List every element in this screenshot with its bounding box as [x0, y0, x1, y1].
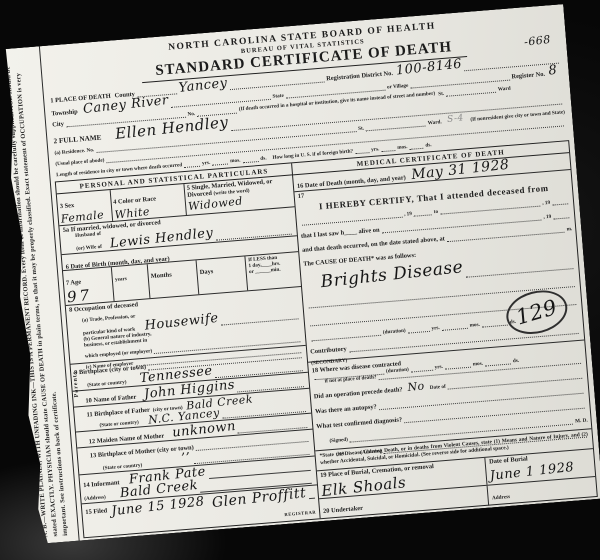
- stamp-number: 129: [514, 296, 560, 328]
- age-months-cell: Months: [148, 260, 200, 298]
- undertaker-address-label: Address: [492, 494, 511, 501]
- dotted-line: [553, 209, 570, 219]
- sex-cell: 3 Sex Female: [57, 190, 113, 225]
- dotted-line: [441, 320, 468, 331]
- yrs-label: yrs.: [371, 146, 380, 153]
- certificate-paper: N. B.—WRITE PLAINLY, WITH UNFADING INK—T…: [0, 4, 600, 544]
- ds-label: ds.: [260, 155, 267, 161]
- age-days-cell: Days: [197, 256, 249, 294]
- certificate-form: NORTH CAROLINA STATE BOARD OF HEALTH BUR…: [39, 4, 600, 541]
- age-label: Age: [70, 279, 81, 287]
- dotted-line: [184, 158, 201, 168]
- dotted-line: [409, 140, 424, 150]
- sex-label: Sex: [64, 202, 74, 210]
- dotted-line: [552, 195, 569, 205]
- dotted-line: [212, 155, 229, 165]
- informant-address-label: (Address): [84, 494, 106, 502]
- undertaker-label: Undertaker: [331, 504, 363, 514]
- dotted-line: [481, 317, 508, 328]
- mos-label: mos.: [230, 158, 241, 165]
- age-less-cell: If LESS than 1 day,____hrs. or ______min…: [246, 252, 301, 290]
- field-number: 2: [53, 137, 57, 145]
- personal-column: PERSONAL AND STATISTICAL PARTICULARS 3 S…: [56, 163, 321, 537]
- city-label: City: [52, 121, 64, 129]
- dotted-line: [413, 206, 432, 216]
- autopsy-label: Was there an autopsy?: [315, 403, 377, 415]
- ward-label: Ward.: [428, 119, 442, 126]
- dotted-line: [407, 323, 430, 334]
- mother-bp-value: ’’: [181, 451, 192, 465]
- contracted-label-2: if not at place of death?: [312, 374, 376, 385]
- age-years-cell: years: [112, 264, 151, 301]
- ward-scribble: S-4: [447, 114, 465, 125]
- st-label: St.: [358, 125, 364, 131]
- form-grid: PERSONAL AND STATISTICAL PARTICULARS 3 S…: [55, 140, 598, 538]
- signed-label: (Signed): [317, 437, 348, 445]
- filed-label: Filed: [93, 507, 107, 515]
- dotted-line: [381, 142, 396, 152]
- scanned-death-certificate: N. B.—WRITE PLAINLY, WITH UNFADING INK—T…: [0, 0, 600, 560]
- mos-label: mos.: [397, 144, 408, 151]
- dotted-line: [355, 144, 370, 154]
- race-cell: 4 Color or Race White: [110, 184, 187, 221]
- rule-line: [308, 489, 315, 498]
- yrs-label: yrs.: [202, 160, 211, 167]
- field-number: 1: [50, 97, 54, 104]
- certification-block: 17 I HEREBY CERTIFY, That I attended dec…: [294, 170, 584, 363]
- medical-column: MEDICAL CERTIFICATE OF DEATH 16 Date of …: [292, 141, 597, 518]
- md-label: M. D.: [575, 417, 588, 424]
- dotted-line: [242, 153, 259, 163]
- register-no-value: 8: [548, 64, 558, 78]
- ward-label: Ward: [498, 86, 511, 93]
- operation-value: No: [407, 380, 425, 393]
- certificate-number: -668: [524, 34, 552, 48]
- state-label: State: [272, 93, 284, 100]
- date-of-label: Date of: [430, 384, 446, 391]
- st-label: St.: [438, 91, 444, 97]
- ds-label: ds.: [425, 142, 432, 148]
- race-label: Color or Race: [118, 195, 157, 205]
- dotted-line: [465, 260, 573, 278]
- registrar-caption: REGISTRAR: [284, 510, 316, 518]
